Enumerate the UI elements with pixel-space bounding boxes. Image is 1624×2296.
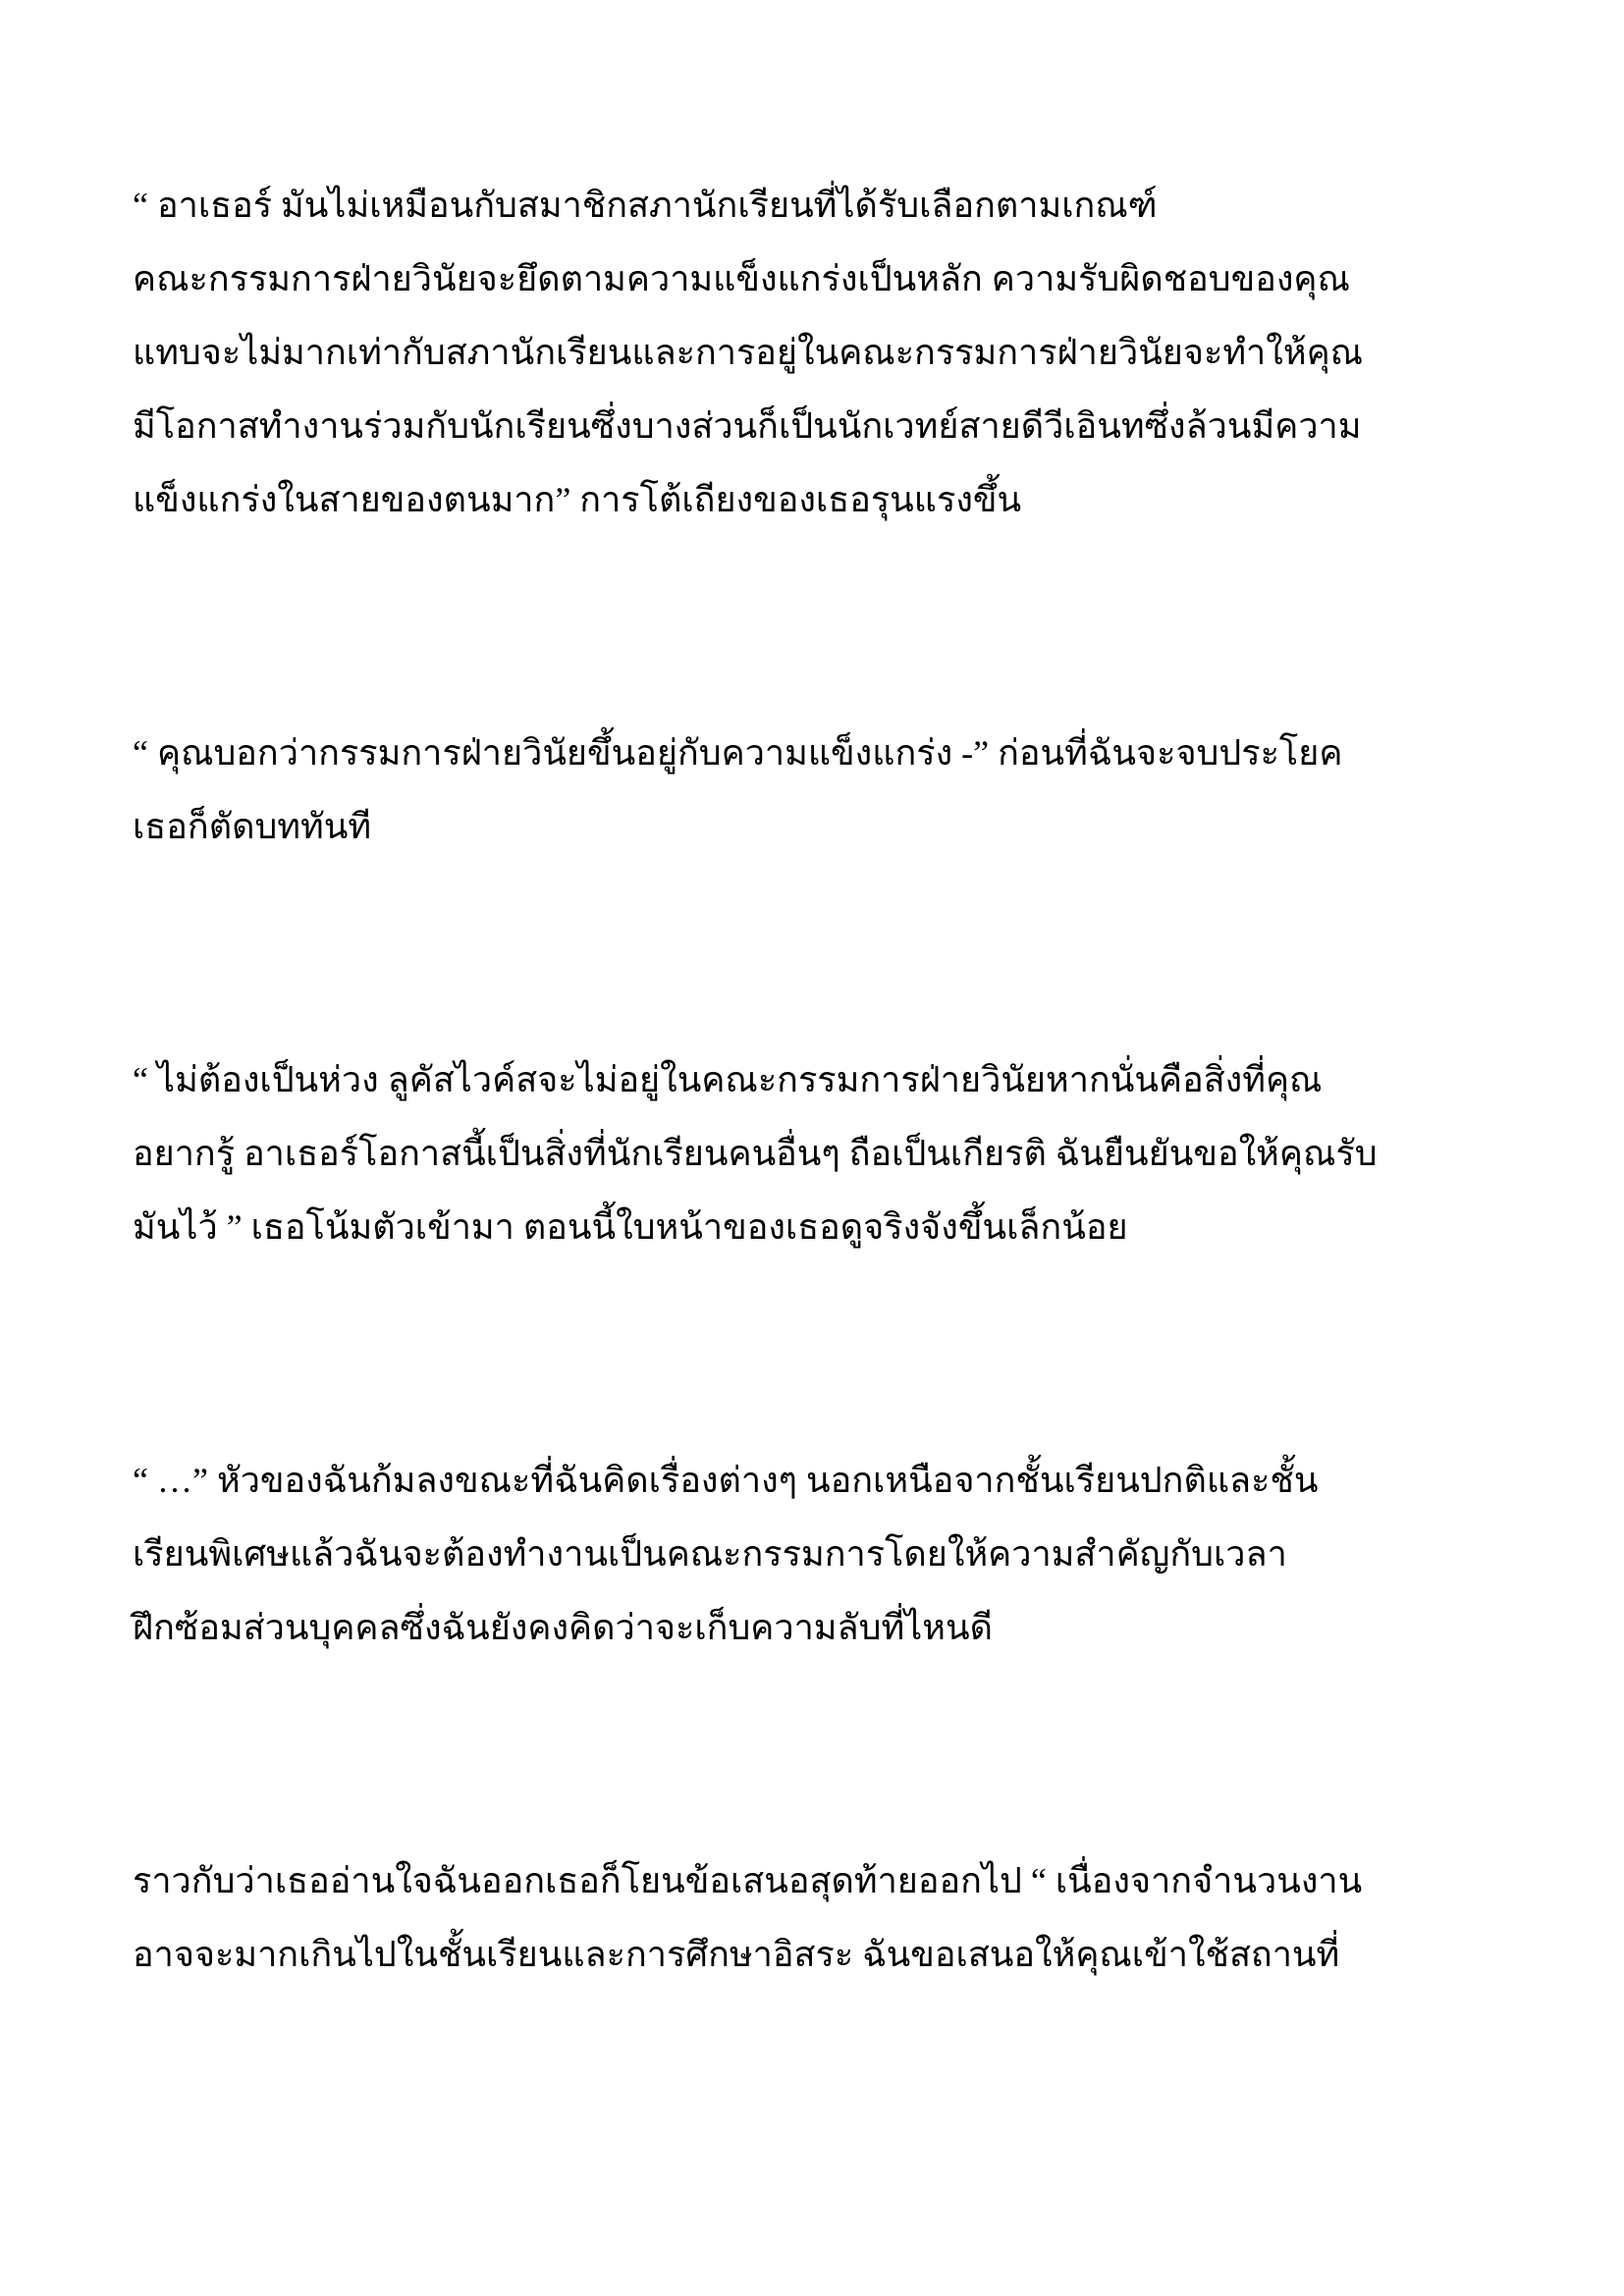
text-line: “ อาเธอร์ มันไม่เหมือนกับสมาชิกสภานักเรี… <box>133 169 1502 242</box>
text-line: แข็งแกร่งในสายของตนมาก” การโต้เถียงของเธ… <box>133 463 1502 537</box>
text-line: “ ไม่ต้องเป็นห่วง ลูคัสไวค์สจะไม่อยู่ในค… <box>133 1043 1502 1117</box>
text-line: ราวกับว่าเธออ่านใจฉันออกเธอก็โยนข้อเสนอส… <box>133 1844 1502 1918</box>
document-content: “ อาเธอร์ มันไม่เหมือนกับสมาชิกสภานักเรี… <box>133 169 1502 1992</box>
paragraph: ราวกับว่าเธออ่านใจฉันออกเธอก็โยนข้อเสนอส… <box>133 1844 1502 1992</box>
paragraph: “ …” หัวของฉันก้มลงขณะที่ฉันคิดเรื่องต่า… <box>133 1444 1502 1665</box>
paragraph: “ ไม่ต้องเป็นห่วง ลูคัสไวค์สจะไม่อยู่ในค… <box>133 1043 1502 1264</box>
text-line: เธอก็ตัดบททันที <box>133 790 1502 864</box>
paragraph: “ คุณบอกว่ากรรมการฝ่ายวินัยขึ้นอยู่กับคว… <box>133 717 1502 864</box>
text-line: “ คุณบอกว่ากรรมการฝ่ายวินัยขึ้นอยู่กับคว… <box>133 717 1502 790</box>
text-line: แทบจะไม่มากเท่ากับสภานักเรียนและการอยู่ใ… <box>133 316 1502 390</box>
text-line: มันไว้ ” เธอโน้มตัวเข้ามา ตอนนี้ใบหน้าขอ… <box>133 1191 1502 1264</box>
text-line: ฝึกซ้อมส่วนบุคคลซึ่งฉันยังคงคิดว่าจะเก็บ… <box>133 1591 1502 1665</box>
text-line: อาจจะมากเกินไปในชั้นเรียนและการศึกษาอิสร… <box>133 1918 1502 1992</box>
text-line: คณะกรรมการฝ่ายวินัยจะยึดตามความแข็งแกร่ง… <box>133 242 1502 316</box>
text-line: มีโอกาสทำงานร่วมกับนักเรียนซึ่งบางส่วนก็… <box>133 390 1502 463</box>
text-line: เรียนพิเศษแล้วฉันจะต้องทำงานเป็นคณะกรรมก… <box>133 1518 1502 1591</box>
text-line: “ …” หัวของฉันก้มลงขณะที่ฉันคิดเรื่องต่า… <box>133 1444 1502 1518</box>
text-line: อยากรู้ อาเธอร์โอกาสนี้เป็นสิ่งที่นักเรี… <box>133 1117 1502 1191</box>
paragraph: “ อาเธอร์ มันไม่เหมือนกับสมาชิกสภานักเรี… <box>133 169 1502 537</box>
document-page: “ อาเธอร์ มันไม่เหมือนกับสมาชิกสภานักเรี… <box>0 0 1624 2296</box>
